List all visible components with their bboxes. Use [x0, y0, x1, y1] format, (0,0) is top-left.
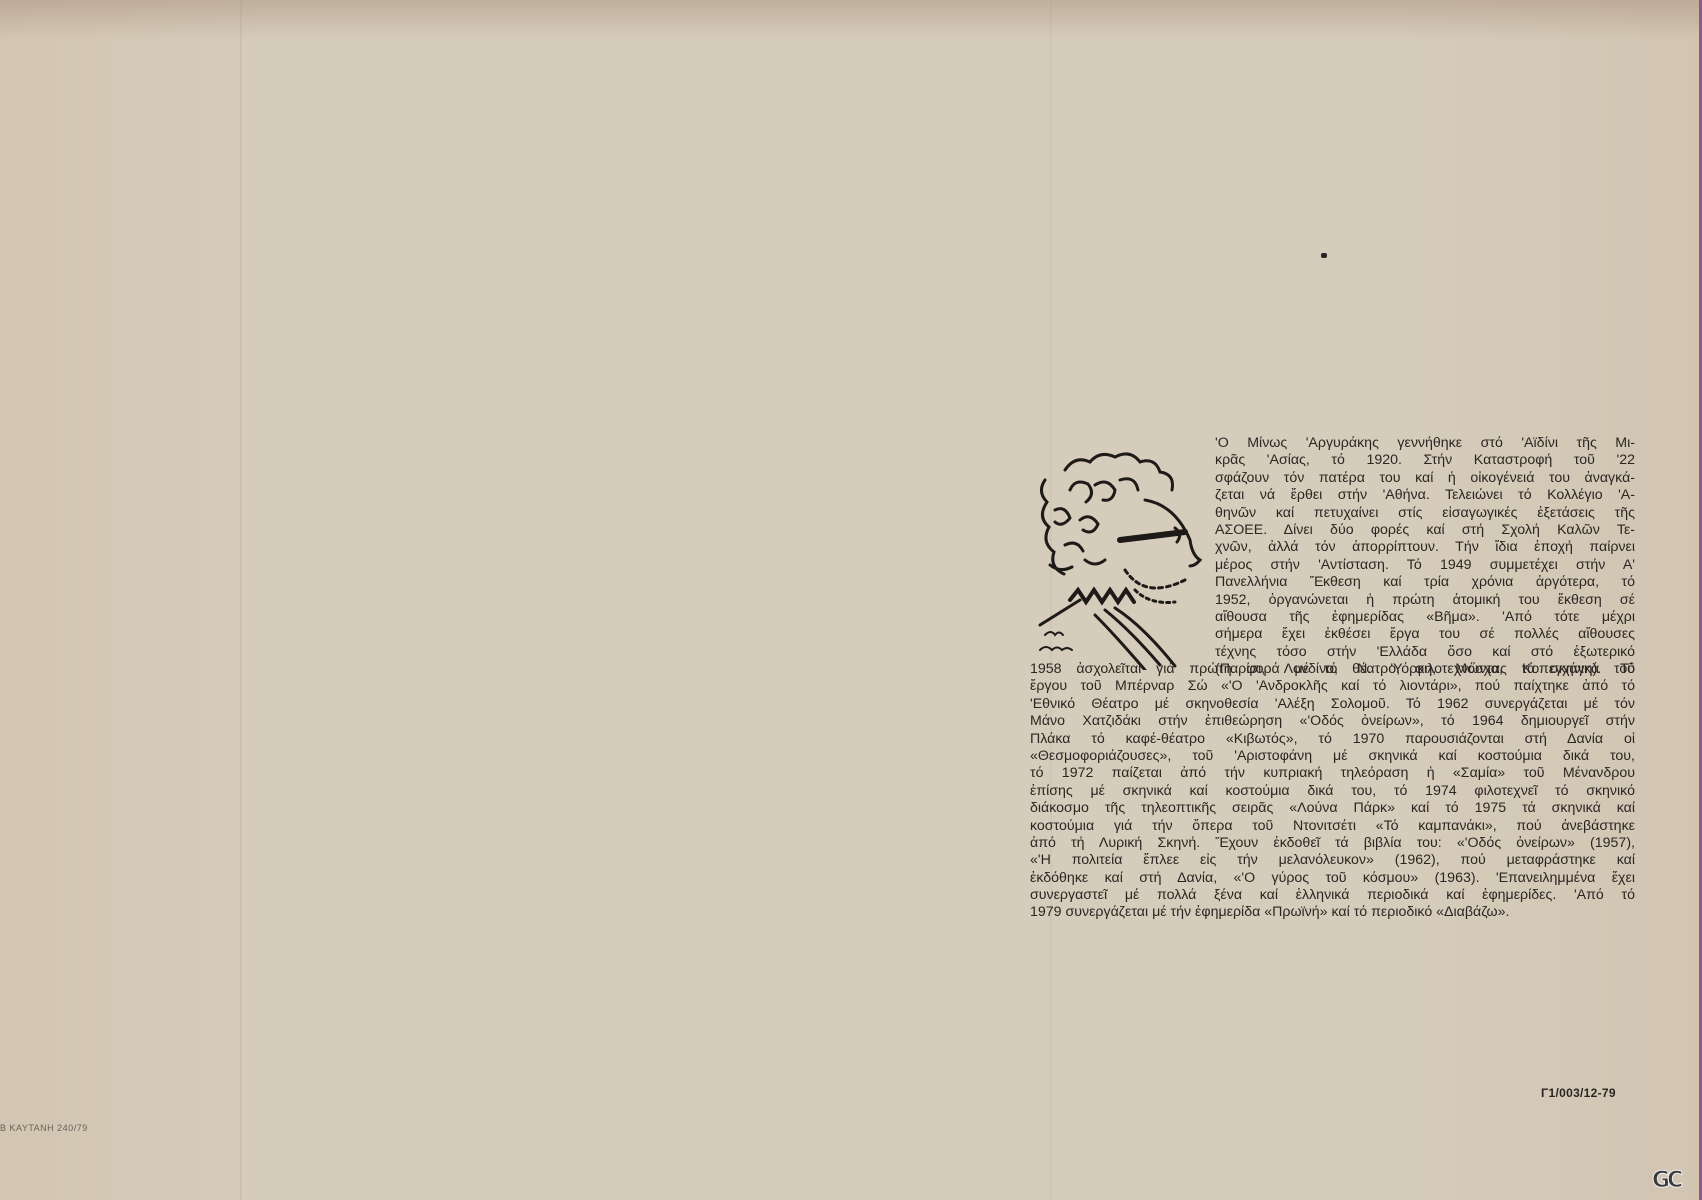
bio-line: Πανελλήνια Ἔκθεση καί τρία χρόνια ἀργότε… — [1215, 574, 1635, 591]
bio-line: κοστούμια γιά τήν ὄπερα τοῦ Ντονιτσέτι «… — [1030, 818, 1635, 835]
bio-line: 'Εθνικό Θέατρο μέ σκηνοθεσία 'Αλέξη Σολο… — [1030, 696, 1635, 713]
biography-body: 1958 ἀσχολεῖται γιά πρώτη φορά μέ τό θέα… — [1030, 661, 1635, 922]
bio-line: ΑΣΟΕΕ. Δίνει δύο φορές καί στή Σχολή Καλ… — [1215, 522, 1635, 539]
bio-line: ἐκδόθηκε καί στή Δανία, «'Ο γύρος τοῦ κό… — [1030, 870, 1635, 887]
bio-line: μέρος στήν 'Αντίσταση. Τό 1949 συμμετέχε… — [1215, 557, 1635, 574]
bio-line: «'Η πολιτεία ἔπλεε εἰς τήν μελανόλευκον»… — [1030, 852, 1635, 869]
bio-line: «Θεσμοφοριάζουσες», τοῦ 'Αριστοφάνη μέ σ… — [1030, 748, 1635, 765]
biography-intro: 'Ο Μίνως 'Αργυράκης γεννήθηκε στό 'Αϊδίν… — [1215, 435, 1635, 678]
bio-line: διάκοσμο τῆς τηλεοπτικῆς σειρᾶς «Λούνα Π… — [1030, 800, 1635, 817]
bio-line: 1958 ἀσχολεῖται γιά πρώτη φορά μέ τό θέα… — [1030, 661, 1635, 678]
bio-line: αἴθουσα τῆς ἐφημερίδας «Βῆμα». 'Από τότε… — [1215, 609, 1635, 626]
bio-line: Πλάκα τό καφέ-θέατρο «Κιβωτός», τό 1970 … — [1030, 731, 1635, 748]
bio-line: ἐπίσης μέ σκηνικά καί κοστούμια δικά του… — [1030, 783, 1635, 800]
bio-line: σήμερα ἔχει ἐκθέσει ἔργα του σέ πολλές α… — [1215, 626, 1635, 643]
bio-line: κρᾶς 'Ασίας, τό 1920. Στήν Καταστροφή το… — [1215, 452, 1635, 469]
ink-speck — [1321, 253, 1327, 258]
gc-watermark-logo: GC — [1652, 1168, 1694, 1192]
bio-line: ἀπό τή Λυρική Σκηνή. Ἔχουν ἐκδοθεῖ τά βι… — [1030, 835, 1635, 852]
bio-line: συνεργαστεῖ μέ πολλά ξένα καί ἑλληνικά π… — [1030, 887, 1635, 904]
bio-line: θηνῶν καί πετυχαίνει στίς εἰσαγωγικές ἐξ… — [1215, 505, 1635, 522]
bio-line: τό 1972 παίζεται ἀπό τήν κυπριακή τηλεόρ… — [1030, 765, 1635, 782]
bio-line: ζεται νά ἔρθει στήν 'Αθήνα. Τελειώνει τό… — [1215, 487, 1635, 504]
catalog-code: Γ1/003/12-79 — [1541, 1086, 1616, 1100]
bio-line: Μάνο Χατζιδάκι στήν ἐπιθεώρηση «'Οδός ὀν… — [1030, 713, 1635, 730]
bio-line: σφάζουν τόν πατέρα του καί ἡ οἰκογένειά … — [1215, 470, 1635, 487]
printer-credit: Β ΚΑΥΤΑΝΗ 240/79 — [0, 1123, 88, 1133]
bio-line: ἔργου τοῦ Μπέρναρ Σώ «'Ο 'Ανδροκλῆς καί … — [1030, 678, 1635, 695]
bio-line: τέχνης τόσο στήν 'Ελλάδα ὅσο καί στό ἐξω… — [1215, 644, 1635, 661]
bio-line: χνῶν, ἀλλά τόν ἀπορρίπτουν. Τήν ἴδια ἐπο… — [1215, 539, 1635, 556]
bio-line: 1952, ὀργανώνεται ἡ πρώτη ἀτομική του ἔκ… — [1215, 592, 1635, 609]
bio-line: 1979 συνεργάζεται μέ τήν ἐφημερίδα «Πρωϊ… — [1030, 904, 1635, 921]
bio-line: 'Ο Μίνως 'Αργυράκης γεννήθηκε στό 'Αϊδίν… — [1215, 435, 1635, 452]
paper-fold — [240, 0, 242, 1200]
artist-portrait-sketch-icon — [1025, 440, 1210, 670]
